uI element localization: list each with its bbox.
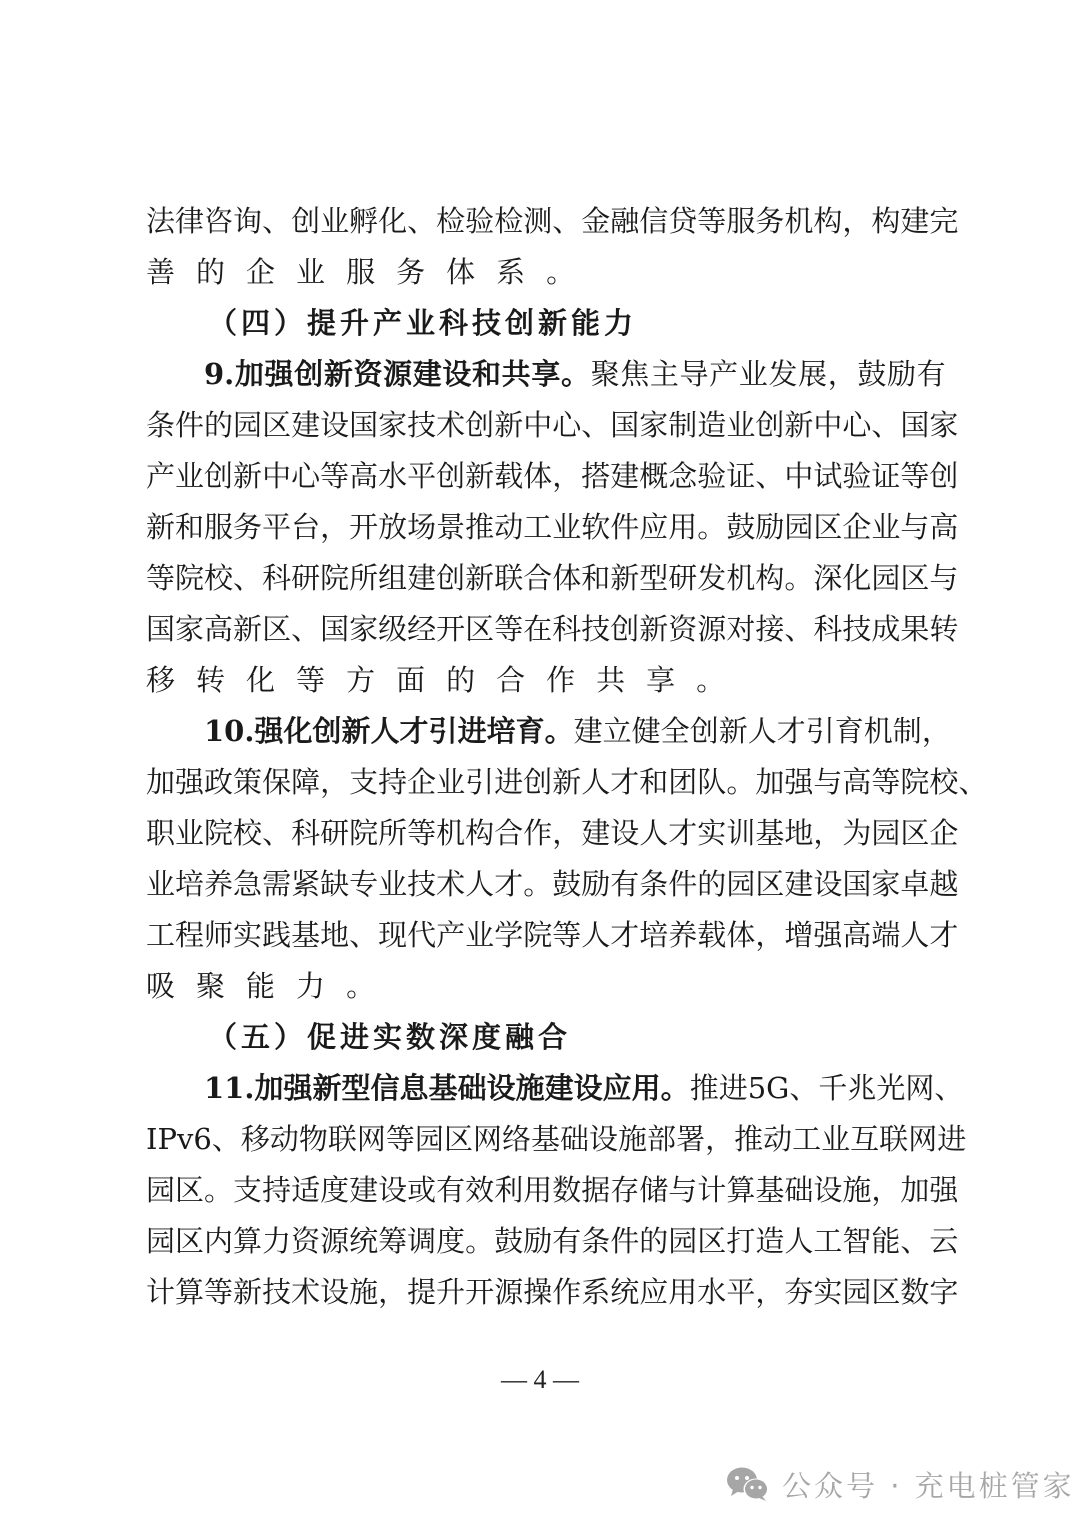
section-heading: （四）提升产业科技创新能力	[146, 298, 946, 349]
item-first-line: 9.加强创新资源建设和共享。聚焦主导产业发展，鼓励有	[146, 349, 946, 400]
paragraph-line: 园区。支持适度建设或有效利用数据存储与计算基础设施，加强	[146, 1165, 946, 1216]
paragraph-line: 善的企业服务体系。	[146, 247, 946, 298]
watermark: 公众号 · 充电桩管家	[726, 1462, 1075, 1506]
item-first-line: 10.强化创新人才引进培育。建立健全创新人才引育机制，	[146, 706, 946, 757]
paragraph-line: 新和服务平台，开放场景推动工业软件应用。鼓励园区企业与高	[146, 502, 946, 553]
paragraph-line: 法律咨询、创业孵化、检验检测、金融信贷等服务机构，构建完	[146, 196, 946, 247]
paragraph-line: 工程师实践基地、现代产业学院等人才培养载体，增强高端人才	[146, 910, 946, 961]
paragraph-line: 移转化等方面的合作共享。	[146, 655, 946, 706]
paragraph-line: 计算等新技术设施，提升开源操作系统应用水平，夯实园区数字	[146, 1267, 946, 1318]
paragraph-line: 业培养急需紧缺专业技术人才。鼓励有条件的园区建设国家卓越	[146, 859, 946, 910]
paragraph-line: 等院校、科研院所组建创新联合体和新型研发机构。深化园区与	[146, 553, 946, 604]
heading-text: （五）促进实数深度融合	[208, 1012, 571, 1063]
paragraph-line: 条件的园区建设国家技术创新中心、国家制造业创新中心、国家	[146, 400, 946, 451]
paragraph-line: IPv6、移动物联网等园区网络基础设施部署，推动工业互联网进	[146, 1114, 946, 1165]
item-first-line: 11.加强新型信息基础设施建设应用。推进5G、千兆光网、	[146, 1063, 946, 1114]
paragraph-line: 职业院校、科研院所等机构合作，建设人才实训基地，为园区企	[146, 808, 946, 859]
section-heading: （五）促进实数深度融合	[146, 1012, 946, 1063]
paragraph-line: 产业创新中心等高水平创新载体，搭建概念验证、中试验证等创	[146, 451, 946, 502]
paragraph-line: 加强政策保障，支持企业引进创新人才和团队。加强与高等院校、	[146, 757, 946, 808]
heading-text: （四）提升产业科技创新能力	[208, 298, 637, 349]
paragraph-line: 吸聚能力。	[146, 961, 946, 1012]
paragraph-line: 园区内算力资源统筹调度。鼓励有条件的园区打造人工智能、云	[146, 1216, 946, 1267]
page-number: — 4 —	[0, 1360, 1080, 1400]
paragraph-line: 国家高新区、国家级经开区等在科技创新资源对接、科技成果转	[146, 604, 946, 655]
watermark-text: 公众号 · 充电桩管家	[782, 1464, 1075, 1505]
document-page: 法律咨询、创业孵化、检验检测、金融信贷等服务机构，构建完善的企业服务体系。（四）…	[146, 196, 946, 1318]
wechat-icon	[726, 1466, 770, 1502]
